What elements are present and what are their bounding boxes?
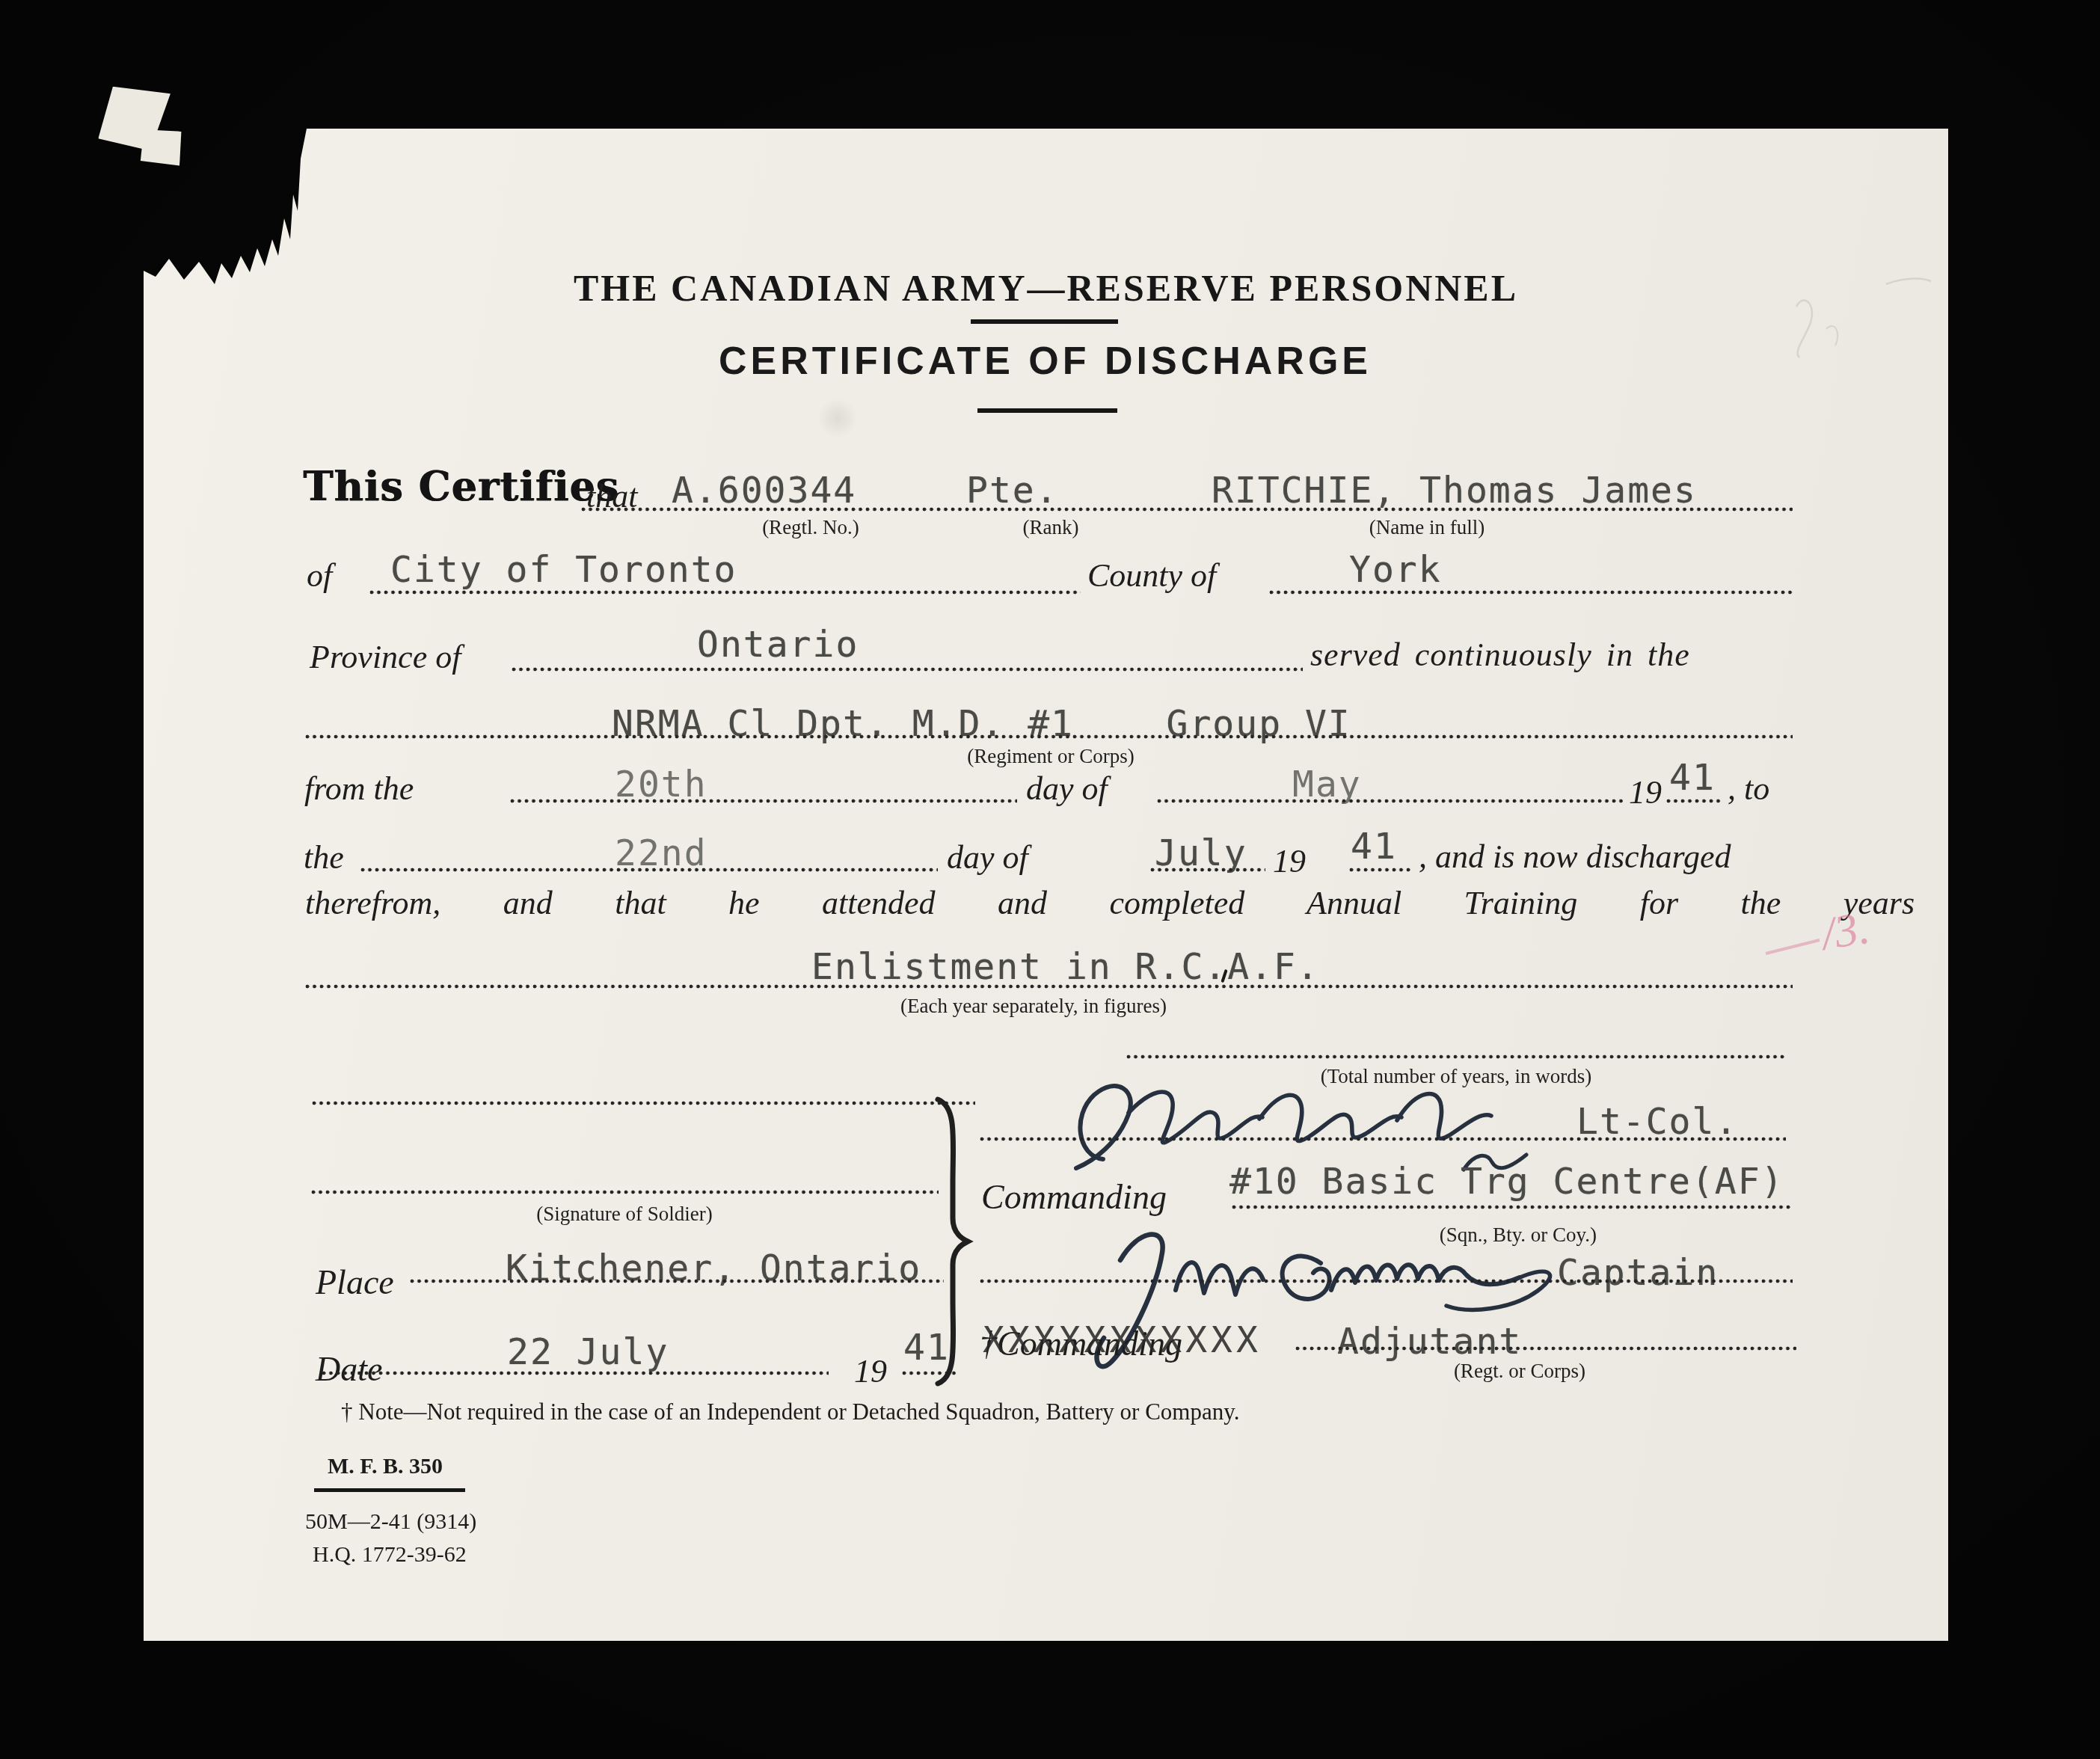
paper-smudge bbox=[819, 396, 856, 440]
form-number: M. F. B. 350 bbox=[328, 1454, 443, 1479]
print-run-code: 50M—2-41 (9314) bbox=[305, 1509, 476, 1535]
certificate-paper: THE CANADIAN ARMY—RESERVE PERSONNEL CERT… bbox=[144, 129, 1948, 1641]
regimental-number-label: (Regtl. No.) bbox=[728, 516, 893, 539]
brace bbox=[927, 1095, 975, 1390]
certifies-lead: This Certifies bbox=[303, 462, 619, 510]
province-value: Ontario bbox=[697, 624, 859, 666]
document-title: THE CANADIAN ARMY—RESERVE PERSONNEL bbox=[144, 266, 1948, 310]
to-day-of-word: day of bbox=[947, 838, 1028, 877]
signature-of-soldier-label: (Signature of Soldier) bbox=[475, 1203, 774, 1226]
dotted-line bbox=[369, 590, 1081, 595]
name-value: RITCHIE, Thomas James bbox=[1212, 470, 1697, 512]
commanding-unit-value: #10 Basic Trg Centre(AF) bbox=[1229, 1161, 1784, 1203]
form-number-rule bbox=[314, 1488, 465, 1492]
training-years-value: Enlistment in R.C.A.F. bbox=[811, 946, 1320, 988]
from-year-value: 41 bbox=[1669, 757, 1716, 799]
dotted-line bbox=[1157, 799, 1623, 803]
dotted-line bbox=[1269, 590, 1793, 595]
from-the-word: from the bbox=[304, 770, 414, 808]
dotted-line bbox=[305, 984, 1793, 989]
regt-or-corps-label: (Regt. or Corps) bbox=[1370, 1360, 1669, 1383]
footnote: † Note—Not required in the case of an In… bbox=[341, 1399, 1239, 1425]
document-subtitle: CERTIFICATE OF DISCHARGE bbox=[719, 339, 1317, 384]
title-rule bbox=[971, 319, 1118, 324]
date-value: 22 July bbox=[507, 1331, 669, 1373]
dotted-line bbox=[1295, 1346, 1796, 1351]
dotted-line bbox=[1150, 868, 1265, 872]
to-year-prefix: 19 bbox=[1273, 842, 1306, 880]
served-continuously-text: served continuously in the bbox=[1310, 636, 1690, 674]
pink-pencil-mark: /3. bbox=[1818, 901, 1873, 961]
pencil-scribble bbox=[1751, 262, 1946, 374]
dotted-line bbox=[322, 1371, 829, 1375]
name-label: (Name in full) bbox=[1315, 516, 1539, 539]
dotted-line bbox=[1349, 868, 1411, 872]
commanding-word: Commanding bbox=[981, 1177, 1167, 1217]
dotted-line bbox=[1126, 1055, 1786, 1059]
hq-file-number: H.Q. 1772-39-62 bbox=[313, 1542, 467, 1568]
date-year-prefix: 19 bbox=[854, 1352, 887, 1390]
county-of-word: County of bbox=[1087, 556, 1216, 595]
annual-training-text: therefrom, and that he attended and comp… bbox=[305, 884, 1915, 922]
dotted-line bbox=[510, 799, 1017, 803]
pink-pencil-dash bbox=[1766, 939, 1820, 955]
dotted-line bbox=[980, 1279, 1793, 1283]
dotted-line bbox=[581, 507, 1793, 512]
subtitle-rule bbox=[977, 408, 1117, 413]
dotted-line bbox=[512, 667, 1303, 672]
scanned-document: THE CANADIAN ARMY—RESERVE PERSONNEL CERT… bbox=[0, 0, 2100, 1759]
now-discharged-text: , and is now discharged bbox=[1419, 838, 1731, 876]
dotted-line bbox=[305, 734, 1793, 739]
regiment-label: (Regiment or Corps) bbox=[909, 745, 1193, 768]
from-day-of-word: day of bbox=[1026, 770, 1108, 808]
typewriter-strikeout: XXXXXXXXXXX bbox=[983, 1319, 1262, 1361]
from-year-prefix: 19 bbox=[1629, 773, 1662, 811]
dotted-line bbox=[360, 868, 938, 872]
dotted-line bbox=[1232, 1205, 1793, 1209]
regimental-number-value: A.600344 bbox=[672, 470, 856, 512]
dotted-line bbox=[980, 1137, 1786, 1141]
rank-value: Pte. bbox=[966, 470, 1059, 512]
dotted-line bbox=[312, 1101, 975, 1105]
place-word: Place bbox=[316, 1262, 394, 1302]
date-word: Date bbox=[316, 1349, 382, 1389]
to-year-value: 41 bbox=[1351, 826, 1397, 868]
city-value: City of Toronto bbox=[390, 549, 737, 591]
dotted-line bbox=[1666, 799, 1722, 803]
each-year-label: (Each year separately, in figures) bbox=[854, 995, 1213, 1018]
of-word: of bbox=[307, 556, 332, 595]
rank-label: (Rank) bbox=[976, 516, 1126, 539]
adjutant-title-value: Adjutant bbox=[1337, 1321, 1522, 1363]
dotted-line bbox=[311, 1190, 939, 1194]
the-word: the bbox=[304, 838, 344, 877]
dotted-line bbox=[410, 1279, 944, 1283]
county-value: York bbox=[1349, 549, 1442, 591]
adjutant-rank: Captain bbox=[1557, 1252, 1719, 1294]
province-of-word: Province of bbox=[310, 638, 461, 676]
from-to-word: , to bbox=[1728, 770, 1769, 808]
